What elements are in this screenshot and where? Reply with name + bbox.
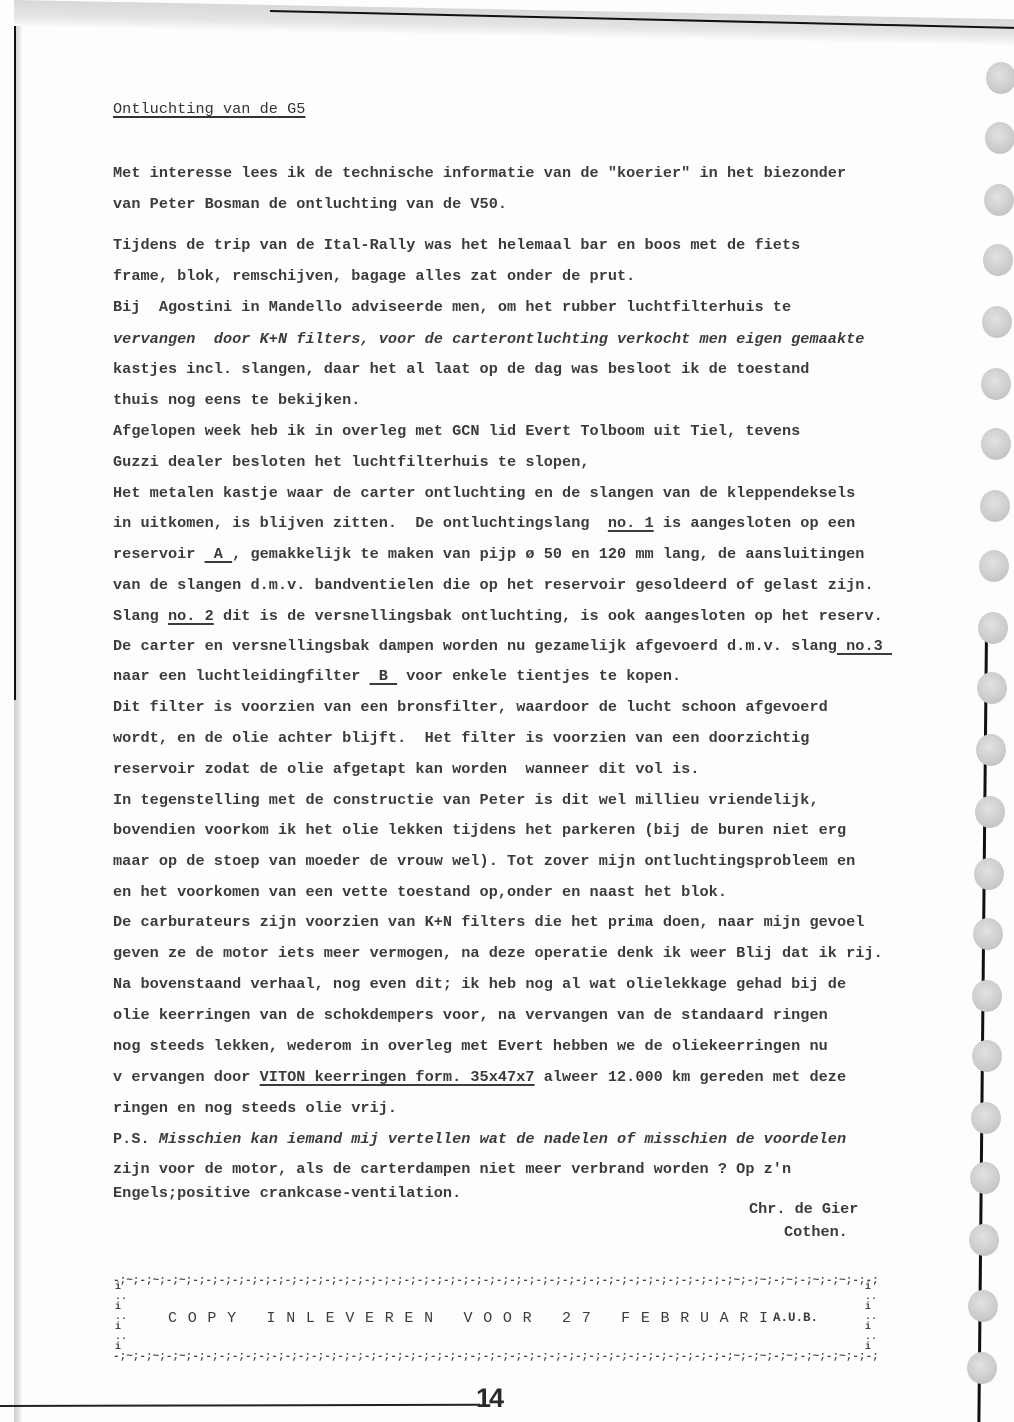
- document-title: Ontluchting van de G5: [113, 100, 305, 118]
- binder-hole-icon: [982, 306, 1012, 338]
- document-line: Tijdens de trip van de Ital-Rally was he…: [113, 236, 800, 254]
- text-segment: kastjes incl. slangen, daar het al laat …: [113, 360, 809, 378]
- notice-border-top: -;~;-;~;-;~;-;-;-;-;-;-;-;-;-;-;-;-;-;-;…: [113, 1275, 877, 1287]
- underlined-text: no. 1: [608, 514, 654, 532]
- text-segment: Dit filter is voorzien van een bronsfilt…: [113, 698, 828, 716]
- text-segment: alweer 12.000 km gereden met deze: [535, 1068, 847, 1086]
- text-segment: De carburateurs zijn voorzien van K+N fi…: [113, 913, 864, 931]
- document-line: bovendien voorkom ik het olie lekken tij…: [113, 821, 846, 839]
- text-segment: Afgelopen week heb ik in overleg met GCN…: [113, 422, 800, 440]
- document-line: en het voorkomen van een vette toestand …: [113, 883, 727, 901]
- text-segment: olie keerringen van de schokdempers voor…: [113, 1006, 828, 1024]
- document-line: reservoir zodat de olie afgetapt kan wor…: [113, 760, 700, 778]
- text-segment: De carter en versnellingsbak dampen word…: [113, 637, 837, 655]
- binder-hole-icon: [973, 918, 1003, 950]
- document-line: P.S. Misschien kan iemand mij vertellen …: [113, 1130, 846, 1148]
- document-line: zijn voor de motor, als de carterdampen …: [113, 1160, 791, 1178]
- text-segment: wordt, en de olie achter blijft. Het fil…: [113, 729, 809, 747]
- document-line: in uitkomen, is blijven zitten. De ontlu…: [113, 514, 855, 532]
- scan-left-edge: [14, 0, 16, 700]
- text-segment: van Peter Bosman de ontluchting van de V…: [113, 195, 507, 213]
- binder-hole-icon: [967, 1352, 997, 1384]
- text-segment: is aangesloten op een: [654, 514, 856, 532]
- scan-right-edge: [977, 630, 988, 1422]
- text-segment: van de slangen d.m.v. bandventielen die …: [113, 576, 874, 594]
- page-number: 14: [476, 1383, 502, 1414]
- document-line: wordt, en de olie achter blijft. Het fil…: [113, 729, 809, 747]
- binder-hole-icon: [972, 1040, 1002, 1072]
- text-segment: maar op de stoep van moeder de vrouw wel…: [113, 852, 855, 870]
- text-segment: frame, blok, remschijven, bagage alles z…: [113, 267, 635, 285]
- text-segment: Guzzi dealer besloten het luchtfilterhui…: [113, 453, 590, 471]
- underlined-text: no. 2: [168, 607, 214, 625]
- binder-hole-icon: [979, 550, 1009, 582]
- binder-hole-icon: [968, 1290, 998, 1322]
- italic-text: vervangen door K+N filters, voor de cart…: [113, 330, 864, 348]
- document-line: van de slangen d.m.v. bandventielen die …: [113, 576, 874, 594]
- document-line: In tegenstelling met de constructie van …: [113, 791, 819, 809]
- notice-border-bottom: -;~;-;~;-;~;-;-;-;-;-;-;-;-;-;-;-;-;-;-;…: [113, 1351, 877, 1363]
- scan-bottom-edge: [0, 1404, 480, 1407]
- text-segment: in uitkomen, is blijven zitten. De ontlu…: [113, 514, 608, 532]
- document-line: van Peter Bosman de ontluchting van de V…: [113, 195, 507, 213]
- document-line: maar op de stoep van moeder de vrouw wel…: [113, 852, 855, 870]
- document-line: Het metalen kastje waar de carter ontluc…: [113, 484, 855, 502]
- text-segment: Met interesse lees ik de technische info…: [113, 164, 846, 182]
- binder-hole-icon: [976, 734, 1006, 766]
- text-segment: nog steeds lekken, wederom in overleg me…: [113, 1037, 828, 1055]
- notice-border-left: i .. i .. i .. i: [115, 1283, 123, 1353]
- text-segment: ringen en nog steeds olie vrij.: [113, 1099, 397, 1117]
- document-line: v ervangen door VITON keerringen form. 3…: [113, 1068, 846, 1086]
- underlined-text: VITON keerringen form. 35x47x7: [260, 1068, 535, 1086]
- binder-hole-icon: [986, 62, 1014, 94]
- binder-hole-icon: [978, 612, 1008, 644]
- document-line: vervangen door K+N filters, voor de cart…: [113, 330, 864, 348]
- signature-name: Chr. de Gier: [749, 1200, 858, 1218]
- document-line: ringen en nog steeds olie vrij.: [113, 1099, 397, 1117]
- text-segment: P.S.: [113, 1130, 159, 1148]
- text-segment: en het voorkomen van een vette toestand …: [113, 883, 727, 901]
- notice-border-right: i .. i .. i .. i: [865, 1283, 873, 1353]
- text-segment: Het metalen kastje waar de carter ontluc…: [113, 484, 855, 502]
- document-line: Na bovenstaand verhaal, nog even dit; ik…: [113, 975, 846, 993]
- binder-hole-icon: [981, 428, 1011, 460]
- binder-hole-icon: [981, 368, 1011, 400]
- text-segment: reservoir: [113, 545, 205, 563]
- document-line: naar een luchtleidingfilter B voor enkel…: [113, 667, 681, 685]
- text-segment: bovendien voorkom ik het olie lekken tij…: [113, 821, 846, 839]
- document-line: thuis nog eens te bekijken.: [113, 391, 360, 409]
- text-segment: naar een luchtleidingfilter: [113, 667, 370, 685]
- text-segment: Engels;positive crankcase-ventilation.: [113, 1184, 461, 1202]
- document-line: Bij Agostini in Mandello adviseerde men,…: [113, 298, 791, 316]
- text-segment: thuis nog eens te bekijken.: [113, 391, 360, 409]
- text-segment: geven ze de motor iets meer vermogen, na…: [113, 944, 883, 962]
- document-line: geven ze de motor iets meer vermogen, na…: [113, 944, 883, 962]
- text-segment: voor enkele tientjes te kopen.: [397, 667, 681, 685]
- underlined-text: B: [370, 667, 398, 685]
- binder-hole-icon: [983, 244, 1013, 276]
- text-segment: v ervangen door: [113, 1068, 260, 1086]
- text-segment: zijn voor de motor, als de carterdampen …: [113, 1160, 791, 1178]
- underlined-text: A: [205, 545, 233, 563]
- notice-text: COPY INLEVEREN VOOR 27 FEBRUARI: [168, 1310, 779, 1327]
- binder-hole-icon: [980, 490, 1010, 522]
- underlined-text: no.3: [837, 637, 892, 655]
- text-segment: , gemakkelijk te maken van pijp ø 50 en …: [232, 545, 864, 563]
- text-segment: Na bovenstaand verhaal, nog even dit; ik…: [113, 975, 846, 993]
- text-segment: Tijdens de trip van de Ital-Rally was he…: [113, 236, 800, 254]
- italic-text: Misschien kan iemand mij vertellen wat d…: [159, 1130, 846, 1148]
- binder-hole-icon: [984, 184, 1014, 216]
- document-line: olie keerringen van de schokdempers voor…: [113, 1006, 828, 1024]
- text-segment: dit is de versnellingsbak ontluchting, i…: [214, 607, 883, 625]
- text-segment: Slang: [113, 607, 168, 625]
- document-line: Afgelopen week heb ik in overleg met GCN…: [113, 422, 800, 440]
- document-line: Dit filter is voorzien van een bronsfilt…: [113, 698, 828, 716]
- document-line: Engels;positive crankcase-ventilation.: [113, 1184, 461, 1202]
- document-line: nog steeds lekken, wederom in overleg me…: [113, 1037, 828, 1055]
- document-line: kastjes incl. slangen, daar het al laat …: [113, 360, 809, 378]
- document-line: Met interesse lees ik de technische info…: [113, 164, 846, 182]
- binder-hole-icon: [971, 1102, 1001, 1134]
- document-line: frame, blok, remschijven, bagage alles z…: [113, 267, 635, 285]
- document-line: Guzzi dealer besloten het luchtfilterhui…: [113, 453, 590, 471]
- signature-place: Cothen.: [784, 1223, 848, 1241]
- document-line: De carter en versnellingsbak dampen word…: [113, 637, 892, 655]
- binder-hole-icon: [972, 980, 1002, 1012]
- copy-deadline-notice: -;~;-;~;-;~;-;-;-;-;-;-;-;-;-;-;-;-;-;-;…: [113, 1275, 877, 1361]
- document-line: reservoir A , gemakkelijk te maken van p…: [113, 545, 864, 563]
- binder-hole-icon: [970, 1162, 1000, 1194]
- binder-hole-icon: [974, 858, 1004, 890]
- binder-hole-icon: [975, 796, 1005, 828]
- document-line: Slang no. 2 dit is de versnellingsbak on…: [113, 607, 883, 625]
- text-segment: reservoir zodat de olie afgetapt kan wor…: [113, 760, 700, 778]
- notice-abbr: A.U.B.: [773, 1311, 818, 1325]
- binder-hole-icon: [969, 1224, 999, 1256]
- binder-hole-icon: [985, 122, 1014, 154]
- text-segment: Bij Agostini in Mandello adviseerde men,…: [113, 298, 791, 316]
- text-segment: In tegenstelling met de constructie van …: [113, 791, 819, 809]
- binder-hole-icon: [977, 672, 1007, 704]
- document-line: De carburateurs zijn voorzien van K+N fi…: [113, 913, 864, 931]
